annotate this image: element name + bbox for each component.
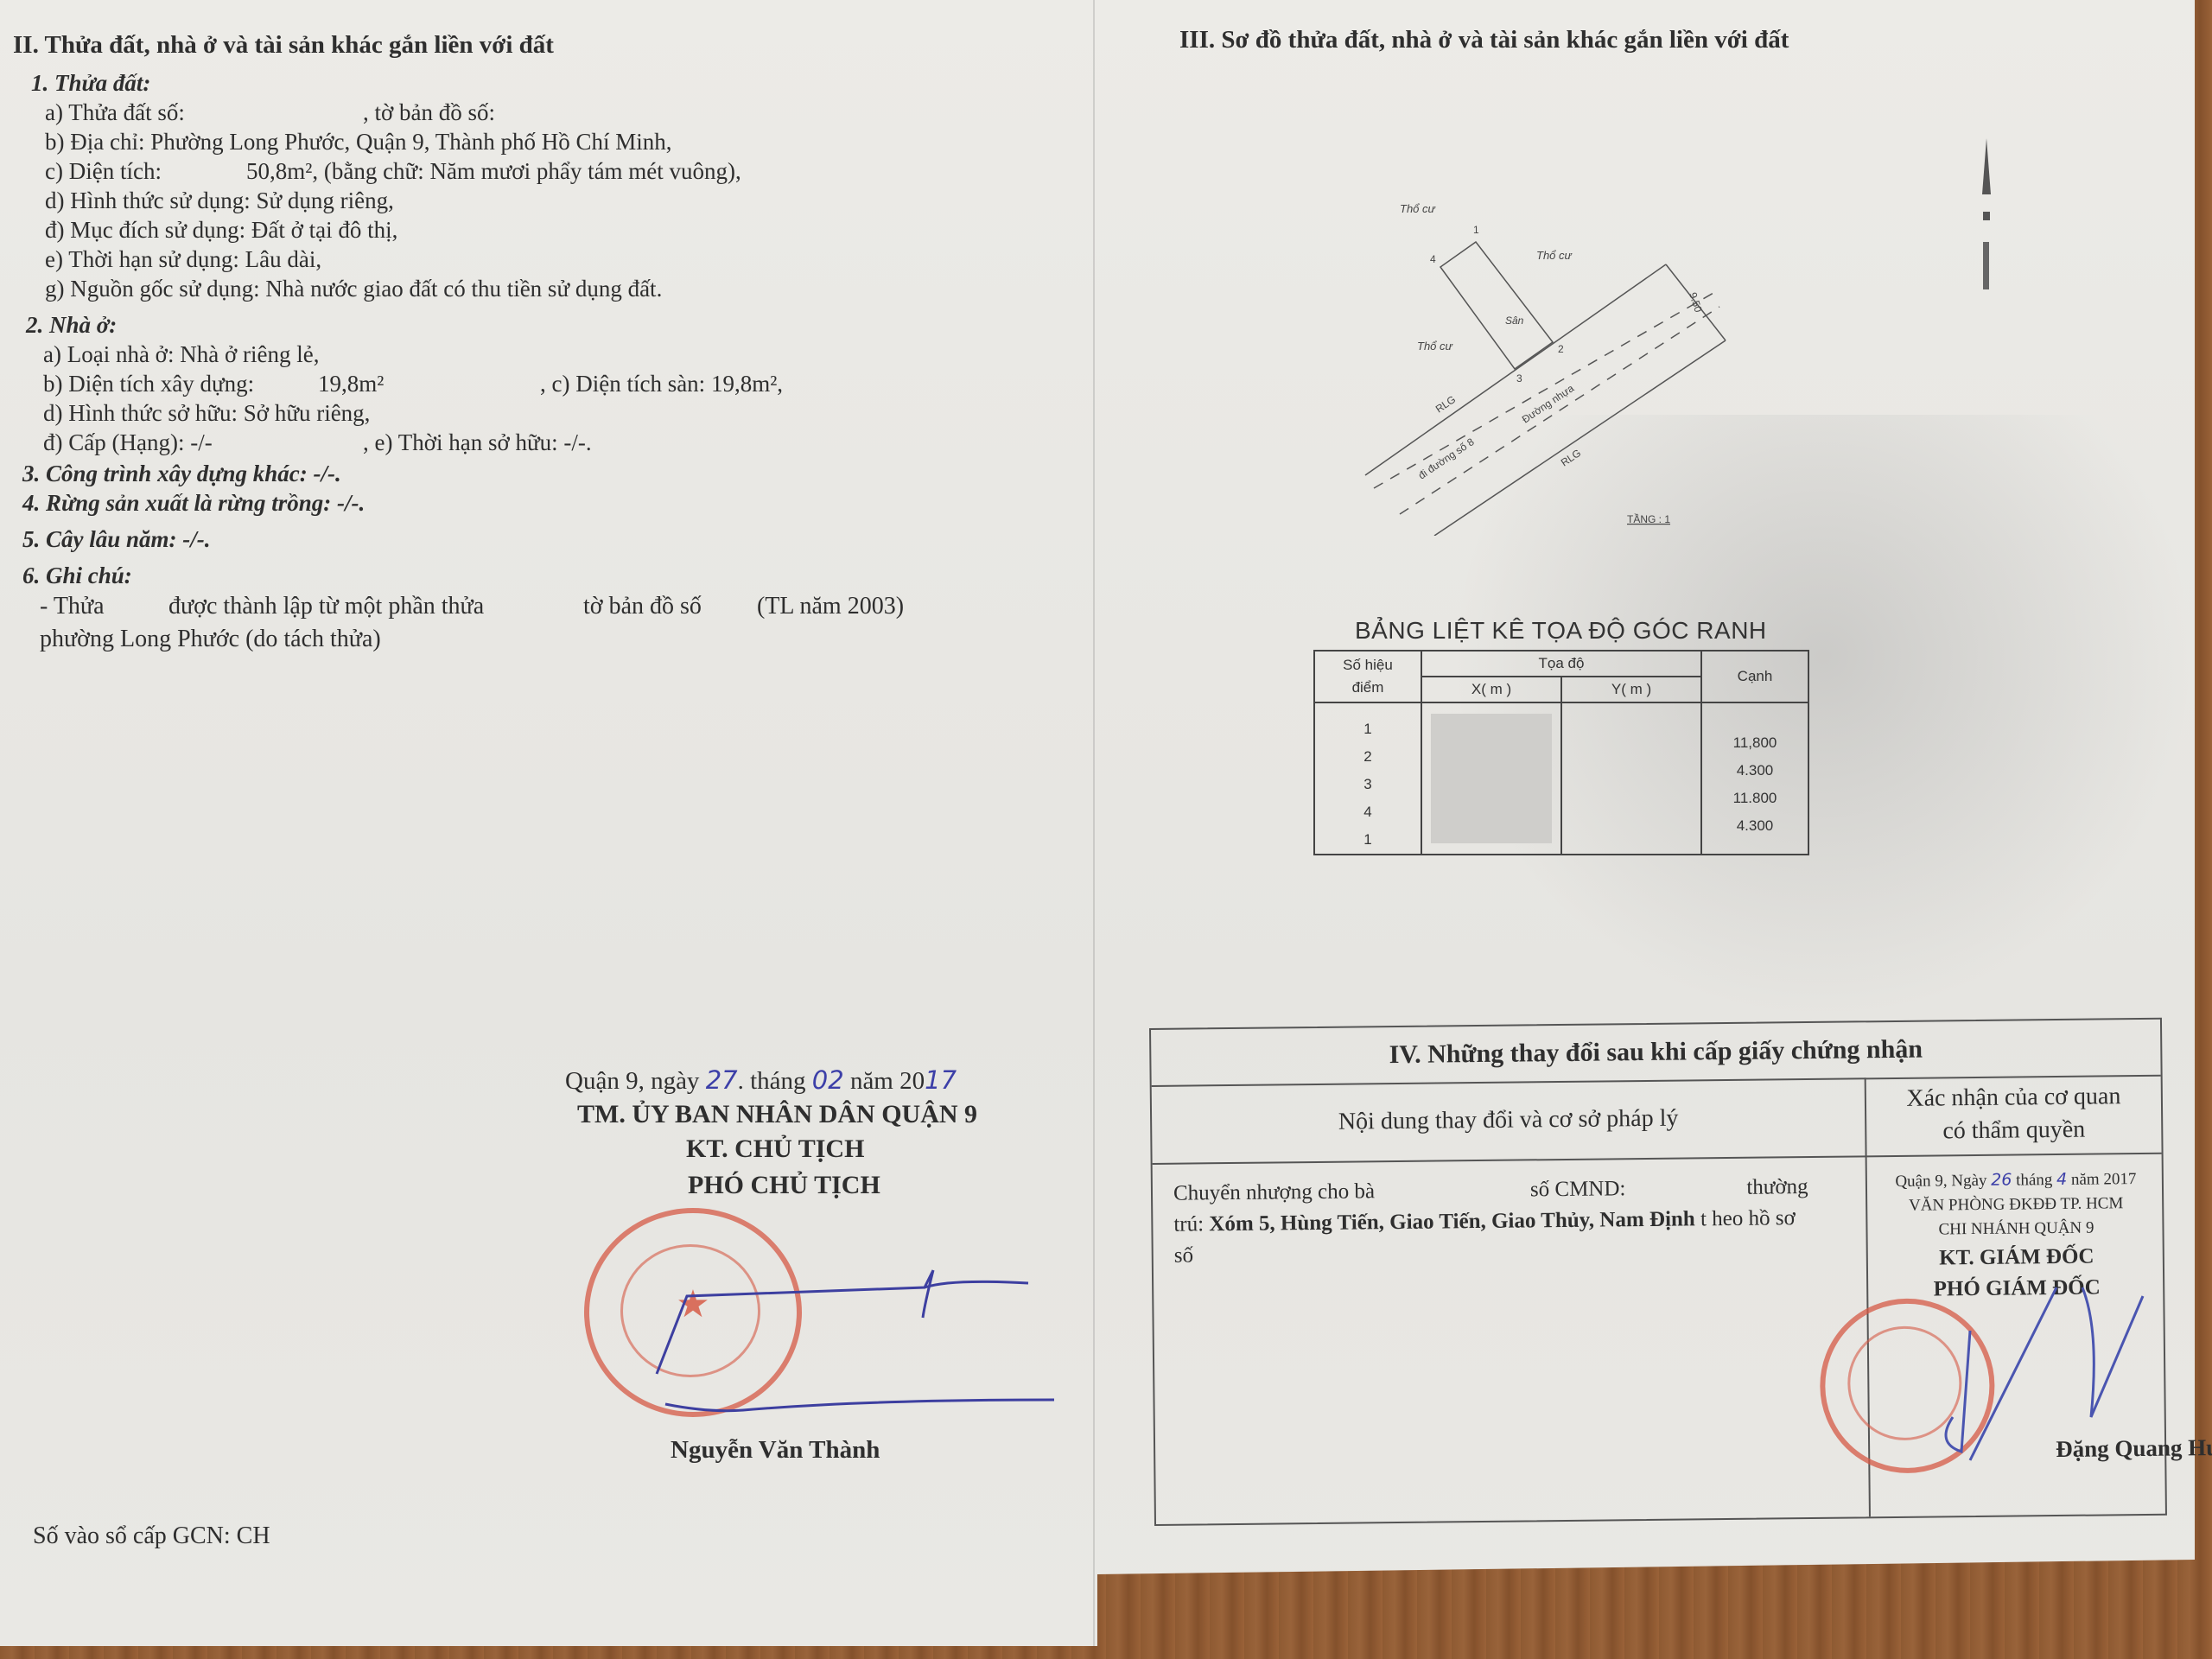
coords-table-title: BẢNG LIỆT KÊ TỌA ĐỘ GÓC RANH [1355, 617, 1767, 645]
label-neighbor-right: Thổ cư [1536, 249, 1573, 262]
changes-header-row: Nội dung thay đổi và cơ sở pháp lý Xác n… [1152, 1075, 2162, 1165]
header-y: Y( m ) [1561, 677, 1701, 702]
ownership-term: , e) Thời hạn sở hữu: -/-. [363, 429, 592, 456]
use-term: e) Thời hạn sử dụng: Lâu dài, [45, 245, 321, 273]
change-content: Chuyển nhượng cho bàsố CMND:thường trú: … [1173, 1172, 1809, 1272]
svg-text:Sân: Sân [1505, 315, 1524, 327]
area-label: c) Diện tích: [45, 157, 162, 185]
notes-line1-d: (TL năm 2003) [757, 593, 904, 620]
house-type: a) Loại nhà ở: Nhà ở riêng lẻ, [43, 340, 319, 368]
section-ii-title: II. Thửa đất, nhà ở và tài sản khác gắn … [13, 31, 554, 59]
svg-text:Đường nhựa: Đường nhựa [1520, 382, 1577, 426]
production-forest: 4. Rừng sản xuất là rừng trồng: -/-. [22, 489, 365, 517]
year-suffix: 17 [925, 1065, 957, 1095]
section-iii-title: III. Sơ đồ thửa đất, nhà ở và tài sản kh… [1179, 26, 1789, 54]
map-sheet-label: , tờ bản đồ số: [363, 99, 495, 126]
year-prefix: năm 20 [850, 1067, 925, 1095]
build-area-label: b) Diện tích xây dựng: [43, 370, 254, 397]
perennial-trees: 5. Cây lâu năm: -/-. [22, 525, 211, 553]
issuer-org: TM. ỦY BAN NHÂN DÂN QUẬN 9 [577, 1101, 977, 1128]
ownership-form: d) Hình thức sở hữu: Sở hữu riêng, [43, 399, 370, 427]
changes-col2-header: Xác nhận của cơ quan có thẩm quyền [1866, 1080, 2162, 1149]
address: b) Địa chỉ: Phường Long Phước, Quận 9, T… [45, 128, 672, 156]
svg-text:9.50: 9.50 [1687, 291, 1705, 315]
svg-text:4: 4 [1430, 253, 1436, 265]
issue-month: 02 [812, 1065, 844, 1095]
page-fold [1093, 0, 1095, 1646]
use-form: d) Hình thức sử dụng: Sử dụng riêng, [45, 187, 394, 214]
header-x: X( m ) [1421, 677, 1561, 702]
svg-text:TẦNG : 1: TẦNG : 1 [1627, 512, 1670, 525]
coords-table: Số hiệu điểm Tọa độ Cạnh X( m ) Y( m ) 1… [1313, 650, 1809, 855]
house-grade: đ) Cấp (Hạng): -/- [43, 429, 213, 456]
north-arrow-icon [1970, 138, 2005, 302]
svg-text:RLG: RLG [1433, 393, 1458, 415]
issuer-role2: PHÓ CHỦ TỊCH [688, 1172, 880, 1199]
notes-line1-c: tờ bản đồ số [583, 593, 702, 620]
issue-day: 27 [706, 1065, 738, 1095]
notes-line1-b: được thành lập từ một phần thửa [168, 593, 484, 620]
notes-line2: phường Long Phước (do tách thửa) [40, 626, 381, 653]
edge-list: 11,800 4.300 11.800 4.300 [1701, 702, 1808, 855]
svg-text:1: 1 [1473, 224, 1479, 236]
label-neighbor-top: Thổ cư [1400, 202, 1436, 215]
issue-date: Quận 9, ngày 27. tháng 02 năm 2017 [565, 1066, 957, 1095]
changes-col1-header: Nội dung thay đổi và cơ sở pháp lý [1152, 1077, 1866, 1163]
house-heading: 2. Nhà ở: [26, 311, 117, 339]
land-heading: 1. Thửa đất: [31, 69, 150, 97]
svg-text:2: 2 [1558, 343, 1564, 355]
land-parcel-diagram: Thổ cư Thổ cư Thổ cư 1 4 2 3 Sân 9.50 RL… [1348, 190, 1745, 536]
build-area-value: 19,8m² [318, 370, 384, 397]
signature-left [605, 1244, 1089, 1417]
date-prefix: Quận 9, ngày [565, 1067, 699, 1095]
header-point: Số hiệu điểm [1314, 651, 1421, 702]
parcel-number-label: a) Thửa đất số: [45, 99, 185, 126]
signature-right [1858, 1279, 2152, 1469]
other-construction: 3. Công trình xây dựng khác: -/-. [22, 460, 341, 487]
area-value: 50,8m², (bằng chữ: Năm mươi phẩy tám mét… [246, 157, 741, 185]
header-coord: Tọa độ [1421, 651, 1701, 677]
use-purpose: đ) Mục đích sử dụng: Đất ở tại đô thị, [45, 216, 397, 244]
header-edge: Cạnh [1701, 651, 1808, 702]
floor-area: , c) Diện tích sàn: 19,8m², [540, 370, 783, 397]
x-values-redacted [1421, 702, 1561, 855]
signer-name-left: Nguyễn Văn Thành [671, 1436, 880, 1464]
point-list: 1 2 3 4 1 [1314, 702, 1421, 855]
notes-line1-a: - Thửa [40, 593, 105, 620]
svg-text:3: 3 [1516, 372, 1522, 385]
registry-number: Số vào sổ cấp GCN: CH [33, 1522, 270, 1550]
month-label: tháng [750, 1067, 805, 1095]
notes-heading: 6. Ghi chú: [22, 562, 132, 589]
y-values-redacted [1561, 702, 1701, 855]
use-origin: g) Nguồn gốc sử dụng: Nhà nước giao đất … [45, 275, 662, 302]
label-neighbor-left: Thổ cư [1417, 340, 1453, 353]
issuer-role1: KT. CHỦ TỊCH [686, 1135, 864, 1163]
